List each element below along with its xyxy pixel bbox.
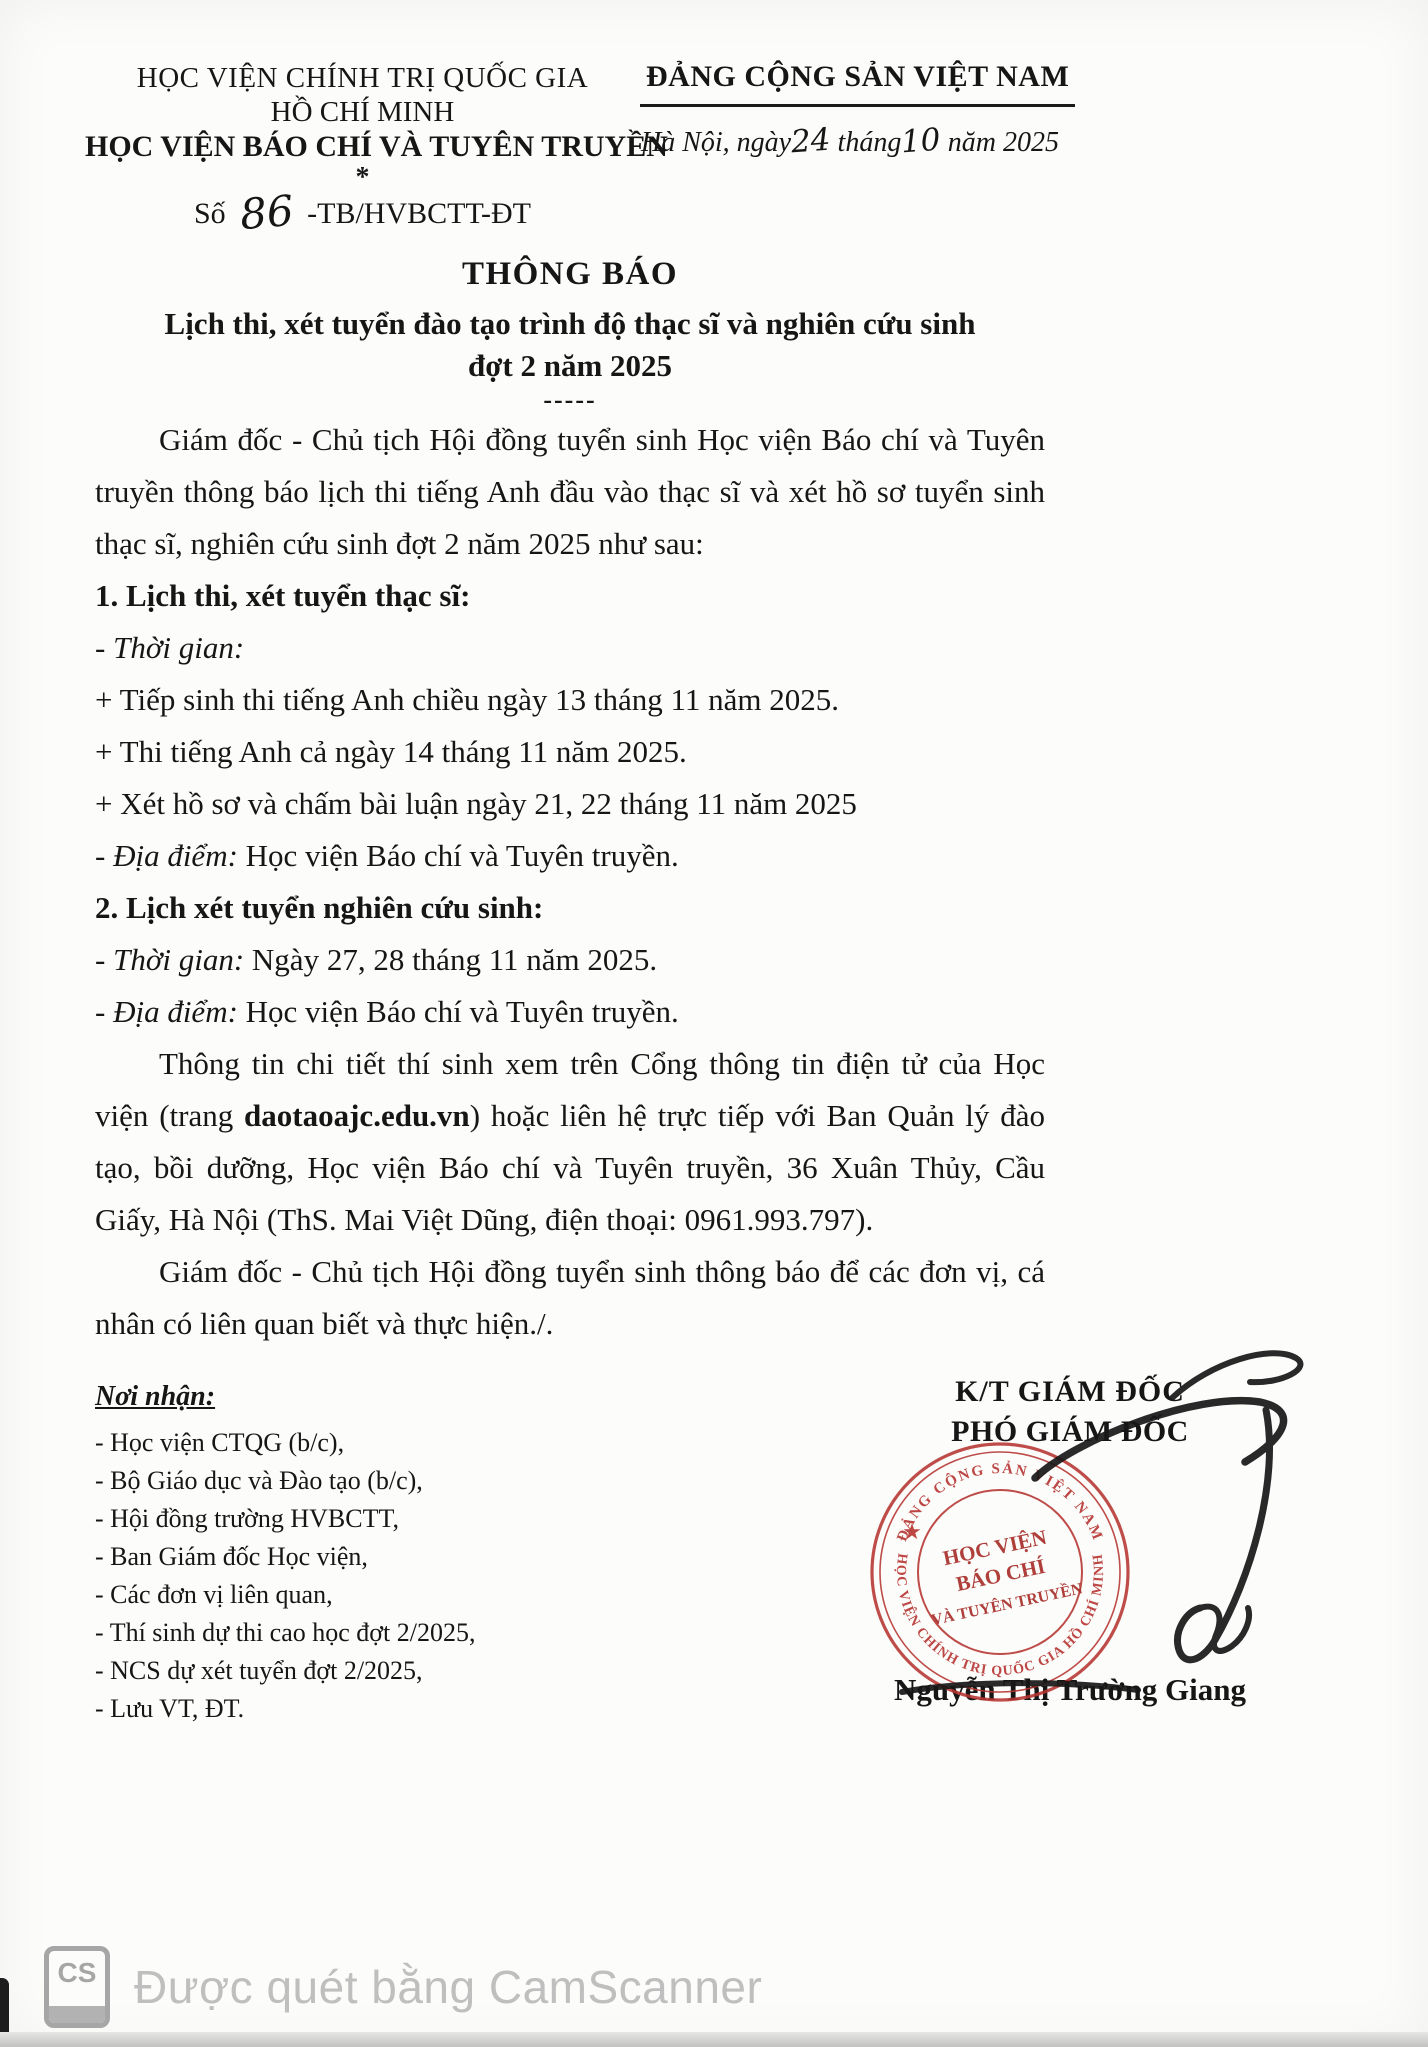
section-1-place-label: - Địa điểm: [95,838,238,873]
section-2-time-line: - Thời gian: Ngày 27, 28 tháng 11 năm 20… [95,934,1045,986]
section-1-heading: 1. Lịch thi, xét tuyển thạc sĩ: [95,570,1045,622]
seal-center-line2: BÁO CHÍ [954,1554,1047,1596]
signer-position-line: PHÓ GIÁM ĐỐC [820,1412,1320,1452]
document-type-heading: THÔNG BÁO [95,256,1045,293]
parent-org-line2: HỒ CHÍ MINH [85,96,640,129]
svg-text:ĐẢNG CỘNG SẢN VIỆT NAM: ĐẢNG CỘNG SẢN VIỆT NAM [894,1460,1106,1544]
date-mid: tháng [838,127,902,158]
org-separator-star: * [85,165,640,191]
recipient-item: - Hội đồng trường HVBCTT, [95,1500,575,1538]
seal-center-line3: VÀ TUYÊN TRUYỀN [929,1578,1084,1629]
section-1-item-2: + Thi tiếng Anh cả ngày 14 tháng 11 năm … [95,726,1045,778]
document-number-suffix: -TB/HVBCTT-ĐT [307,197,531,231]
scan-bottom-shadow [0,2032,1428,2047]
party-motto: ĐẢNG CỘNG SẢN VIỆT NAM [640,60,1075,107]
document-number-handwritten: 86 [238,193,294,234]
camscanner-caption: Được quét bằng CamScanner [134,1960,762,2014]
camscanner-icon: CS [44,1946,110,2028]
section-2-place-value: Học viện Báo chí và Tuyên truyền. [238,994,679,1029]
recipient-item: - Học viện CTQG (b/c), [95,1424,575,1462]
camscanner-watermark: CS Được quét bằng CamScanner [44,1946,762,2028]
section-2-heading: 2. Lịch xét tuyển nghiên cứu sinh: [95,882,1045,934]
document-number-label: Số [194,197,226,231]
section-1-place-line: - Địa điểm: Học viện Báo chí và Tuyên tr… [95,830,1045,882]
camscanner-icon-letters: CS [49,1957,105,1989]
recipient-item: - Ban Giám đốc Học viện, [95,1538,575,1576]
date-day-handwritten: 24 [790,122,832,161]
section-2-time-value: Ngày 27, 28 tháng 11 năm 2025. [244,942,657,977]
signer-authority-line: K/T GIÁM ĐỐC [820,1372,1320,1412]
recipient-item: - NCS dự xét tuyển đợt 2/2025, [95,1652,575,1690]
signature-block: K/T GIÁM ĐỐC PHÓ GIÁM ĐỐC Nguyễn Thị Trư… [820,1372,1320,1452]
section-2-place-label: - Địa điểm: [95,994,238,1029]
recipient-item: - Bộ Giáo dục và Đào tạo (b/c), [95,1462,575,1500]
document-subject-line1: Lịch thi, xét tuyển đào tạo trình độ thạ… [95,303,1045,345]
seal-star-icon: ★ [902,1519,922,1544]
issuing-org-block: HỌC VIỆN CHÍNH TRỊ QUỐC GIA HỒ CHÍ MINH … [85,60,640,231]
section-1-item-3: + Xét hồ sơ và chấm bài luận ngày 21, 22… [95,778,1045,830]
section-2-time-label: - Thời gian: [95,942,244,977]
document-number-line: Số 86 -TB/HVBCTT-ĐT [85,195,640,231]
recipients-heading: Nơi nhận: [95,1378,575,1416]
camscanner-icon-bar [49,2006,105,2023]
portal-url: daotaoajc.edu.vn [244,1098,470,1133]
parent-org-line1: HỌC VIỆN CHÍNH TRỊ QUỐC GIA [85,60,640,96]
date-suffix: năm 2025 [948,127,1059,158]
recipient-item: - Các đơn vị liên quan, [95,1576,575,1614]
title-divider: ----- [95,387,1045,413]
section-2-place-line: - Địa điểm: Học viện Báo chí và Tuyên tr… [95,986,1045,1038]
section-1-item-1: + Tiếp sinh thi tiếng Anh chiều ngày 13 … [95,674,1045,726]
place-date-line: Hà Nội, ngày24 tháng10 năm 2025 [640,123,1060,159]
red-seal-icon [872,1444,1128,1700]
seal-bottom-arc-text: HỌC VIỆN CHÍNH TRỊ QUỐC GIA HỒ CHÍ MINH [893,1552,1107,1679]
section-1-place-value: Học viện Báo chí và Tuyên truyền. [238,838,679,873]
recipients-block: Nơi nhận: - Học viện CTQG (b/c), - Bộ Gi… [95,1378,575,1728]
signer-name: Nguyễn Thị Trường Giang [820,1672,1320,1708]
national-header-block: ĐẢNG CỘNG SẢN VIỆT NAM Hà Nội, ngày24 th… [640,60,1060,159]
section-1-time-label: - Thời gian: [95,622,1045,674]
recipient-item: - Thí sinh dự thi cao học đợt 2/2025, [95,1614,575,1652]
date-prefix: Hà Nội, ngày [641,127,791,158]
seal-center-line1: HỌC VIỆN [941,1525,1049,1570]
contact-paragraph: Thông tin chi tiết thí sinh xem trên Cổn… [95,1038,1045,1246]
scan-edge-artifact [0,1978,9,2038]
document-title-block: THÔNG BÁO Lịch thi, xét tuyển đào tạo tr… [95,256,1045,413]
issuing-org-name: HỌC VIỆN BÁO CHÍ VÀ TUYÊN TRUYỀN [85,129,640,165]
recipient-item: - Lưu VT, ĐT. [95,1690,575,1728]
intro-paragraph: Giám đốc - Chủ tịch Hội đồng tuyển sinh … [95,414,1045,570]
closing-paragraph: Giám đốc - Chủ tịch Hội đồng tuyển sinh … [95,1246,1045,1350]
date-month-handwritten: 10 [900,122,942,161]
document-body: Giám đốc - Chủ tịch Hội đồng tuyển sinh … [95,414,1045,1350]
svg-text:HỌC VIỆN CHÍNH TRỊ QUỐC GIA HỒ: HỌC VIỆN CHÍNH TRỊ QUỐC GIA HỒ CHÍ MINH [893,1552,1107,1679]
seal-top-arc-text: ĐẢNG CỘNG SẢN VIỆT NAM [894,1460,1106,1544]
scanned-document-page: HỌC VIỆN CHÍNH TRỊ QUỐC GIA HỒ CHÍ MINH … [0,0,1428,2047]
document-subject-line2: đợt 2 năm 2025 [95,345,1045,387]
